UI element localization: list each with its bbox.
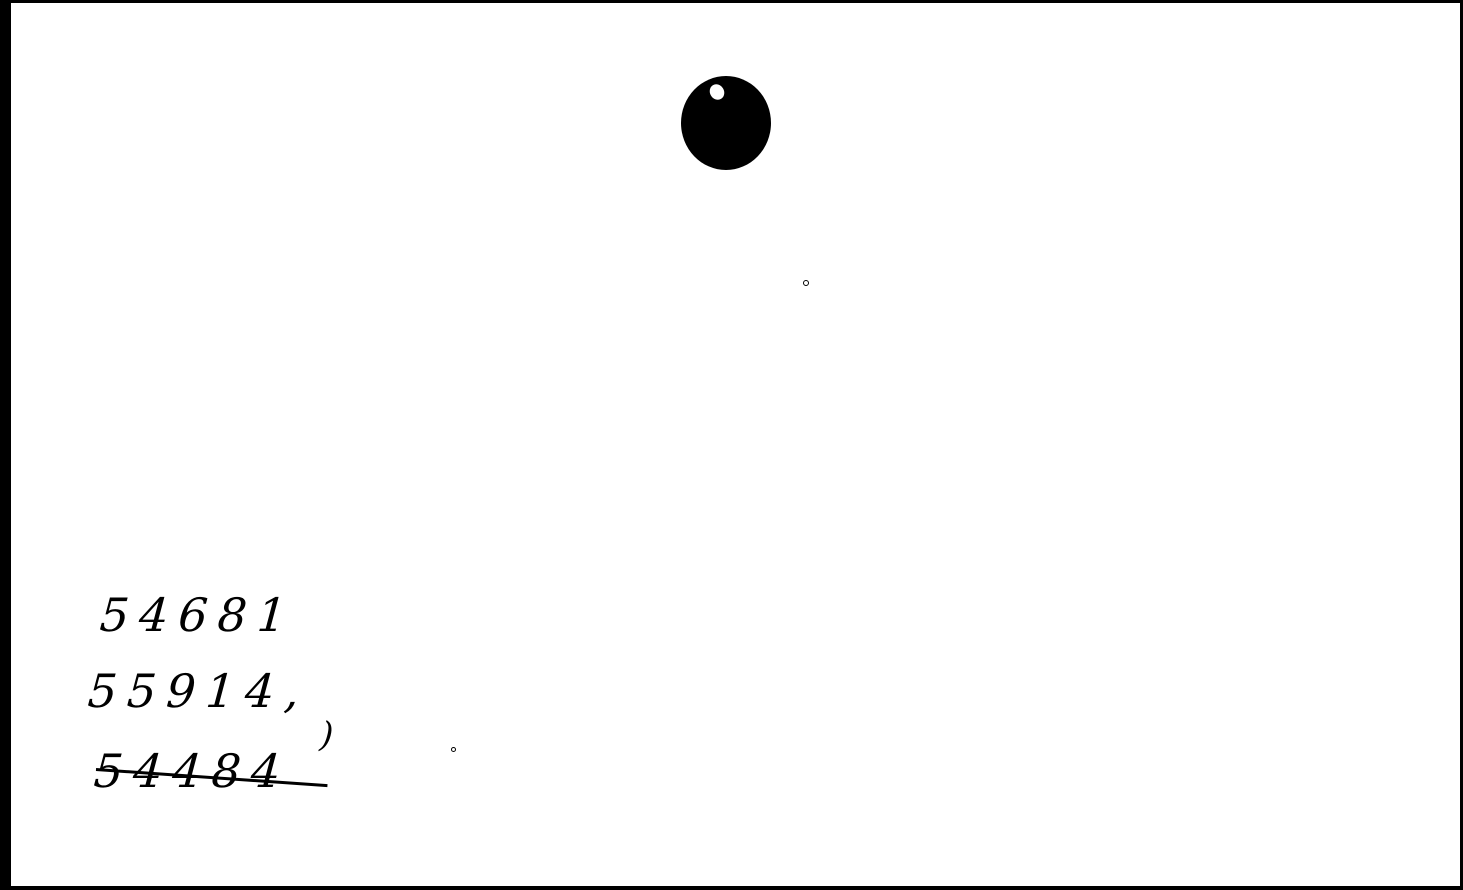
- handwritten-number-1: 54681: [98, 592, 298, 638]
- annotation-mark: ): [319, 718, 345, 752]
- dust-speck: [451, 747, 456, 752]
- dust-speck: [803, 280, 809, 286]
- handwritten-number-2: 55914,: [86, 668, 310, 714]
